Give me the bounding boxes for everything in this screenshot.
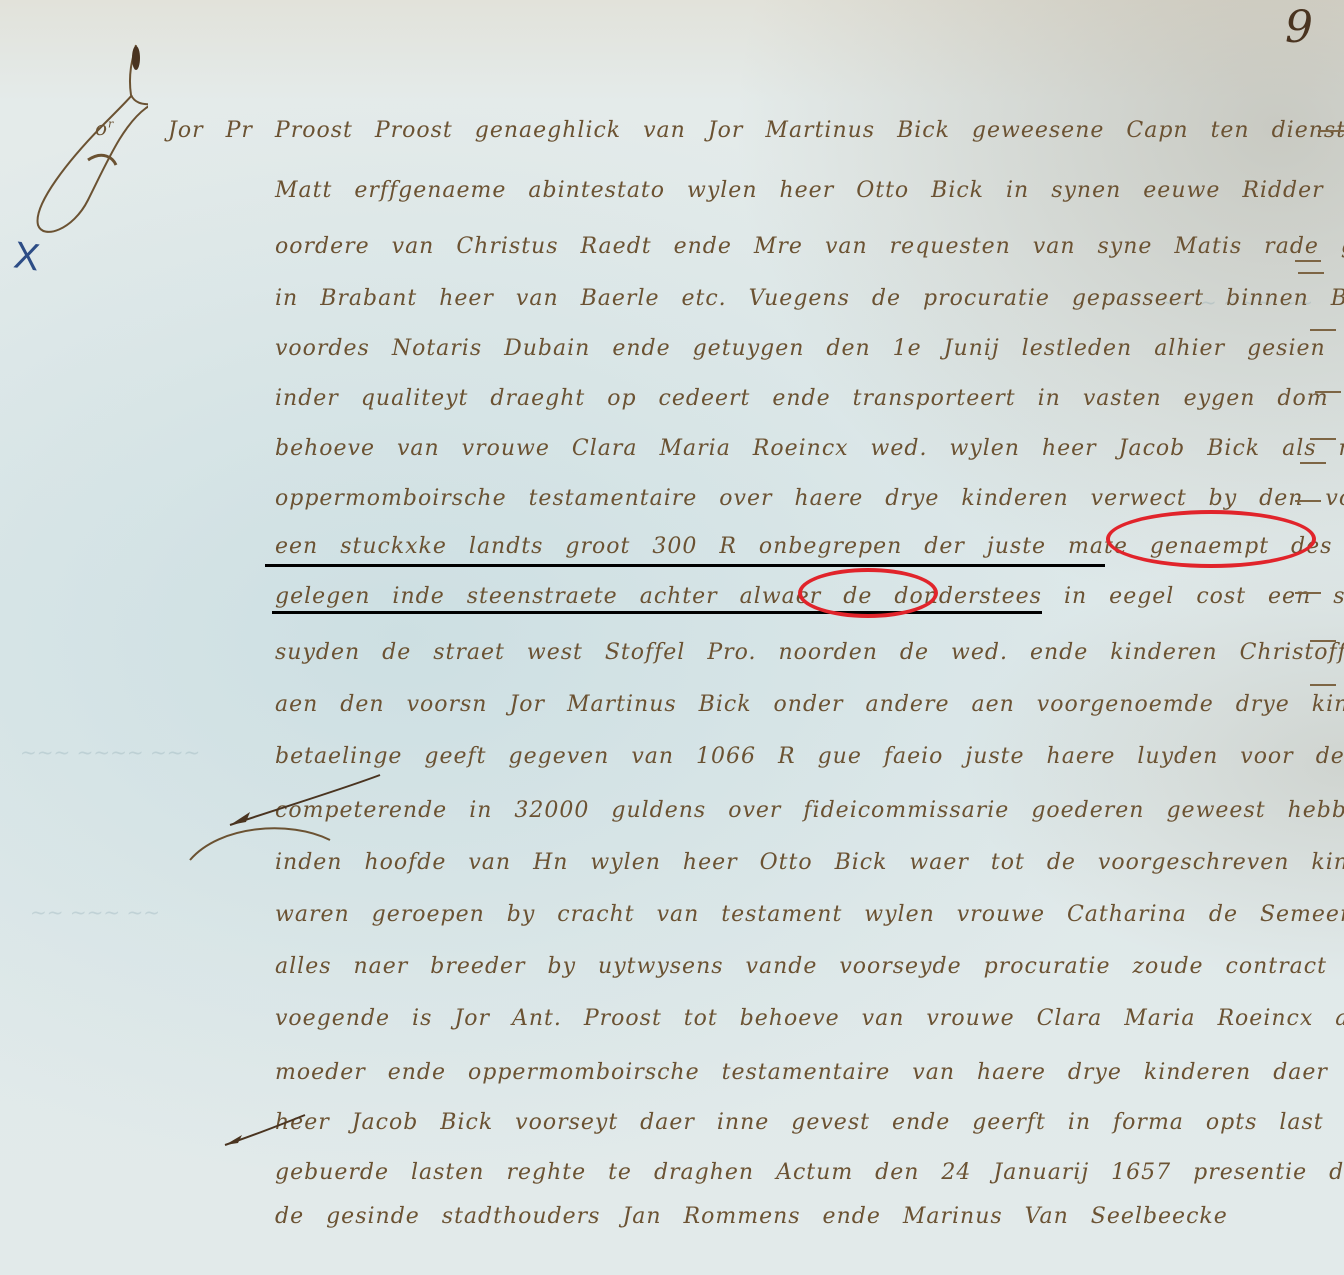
line-fill-dash: [1318, 130, 1344, 132]
line-fill-dash: [1295, 500, 1321, 502]
manuscript-line-13: betaelinge geeft gegeven van 1066 R gue …: [275, 746, 1344, 768]
underline-line-10: [272, 611, 1042, 614]
manuscript-line-21: gebuerde lasten reghte te draghen Actum …: [275, 1162, 1344, 1184]
line-fill-dash: [1295, 260, 1321, 262]
folio-number: 9: [1285, 2, 1313, 53]
manuscript-line-12: aen den voorsn Jor Martinus Bick onder a…: [275, 694, 1344, 716]
manuscript-line-17: alles naer breeder by uytwysens vande vo…: [275, 956, 1344, 978]
manuscript-line-1: Jor Pr Proost Proost genaeghlick van Jor…: [168, 120, 1344, 142]
manuscript-line-14: competerende in 32000 guldens over fidei…: [275, 800, 1344, 822]
manuscript-line-16: waren geroepen by cracht van testament w…: [275, 904, 1344, 926]
bleed-through-text: ~~~ ~~~~ ~~~: [20, 740, 200, 764]
underline-line-9: [265, 564, 1105, 567]
manuscript-line-7: behoeve van vrouwe Clara Maria Roeincx w…: [275, 438, 1344, 460]
line-fill-dash: [1310, 329, 1336, 331]
bleed-through-text: ~~ ~~~ ~~: [30, 900, 160, 924]
manuscript-line-3: oordere van Christus Raedt ende Mre van …: [275, 236, 1344, 258]
manuscript-line-20: heer Jacob Bick voorseyt daer inne geves…: [275, 1112, 1344, 1134]
manuscript-line-19: moeder ende oppermomboirsche testamentai…: [275, 1062, 1344, 1084]
line-fill-dash: [1315, 391, 1341, 393]
line-fill-dash: [1298, 272, 1324, 274]
manuscript-line-8: oppermomboirsche testamentaire over haer…: [275, 488, 1344, 510]
line-fill-dash: [1300, 462, 1326, 464]
line-fill-dash: [1295, 592, 1321, 594]
line-fill-dash: [1310, 684, 1336, 686]
manuscript-line-15: inden hoofde van Hn wylen heer Otto Bick…: [275, 852, 1344, 874]
circled-term-des-donderstees: [1106, 510, 1316, 568]
line-fill-dash: [1310, 640, 1336, 642]
initial-label: or: [95, 118, 114, 138]
manuscript-line-18: voegende is Jor Ant. Proost tot behoeve …: [275, 1008, 1344, 1030]
manuscript-line-2: Matt erffgenaeme abintestato wylen heer …: [275, 180, 1344, 202]
manuscript-line-22: de gesinde stadthouders Jan Rommens ende…: [275, 1206, 1228, 1228]
manuscript-line-6: inder qualiteyt draeght op cedeert ende …: [275, 388, 1344, 410]
manuscript-line-5: voordes Notaris Dubain ende getuygen den…: [275, 338, 1344, 360]
margin-x-mark: X: [11, 234, 42, 280]
circled-term-donderstees: [798, 568, 938, 618]
manuscript-line-4: in Brabant heer van Baerle etc. Vuegens …: [275, 288, 1344, 310]
decorated-initial-icon: [28, 40, 148, 240]
line-fill-dash: [1310, 438, 1336, 440]
manuscript-page: ~~ ~ ~~~ ~~ ~~~ ~~~~ ~~~ ~~ ~~~ ~~ 9 or …: [0, 0, 1344, 1275]
manuscript-line-11: suyden de straet west Stoffel Pro. noord…: [275, 642, 1344, 664]
